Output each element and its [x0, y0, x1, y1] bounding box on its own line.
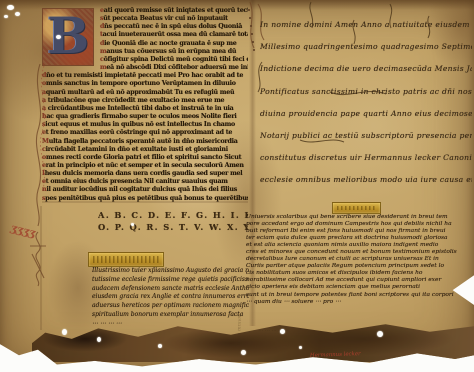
text-line: eiusdem gracia rex Anglie et contra innu… [92, 293, 249, 302]
damage-spot [56, 35, 61, 39]
text-line: ⋯ ⋯ ⋯ ⋯ [92, 320, 249, 329]
parchment-sheet: B eati quorū remisse sūt iniqtates et qu… [0, 0, 474, 372]
text-line: Illustrissimo tuier xp̄ianissimo Augusto… [92, 267, 249, 276]
gilt-heading-left [88, 252, 164, 267]
text-line: nil auditur iocūdius nil cogitatur dulci… [42, 186, 248, 194]
text-line: aduersus hereticos per optimam racionem … [92, 302, 249, 311]
text-line: ⋯ quam diu ⋯ soluere ⋯ pro ⋯ [246, 299, 470, 306]
alphabet-block: A. B. C. D. E. F. G. H. I. K. L. M. N. O… [98, 210, 248, 233]
text-line: Indictione decima die uero decimasecūda … [260, 58, 472, 80]
text-line: spiritualium bonorum exemplar innumerosa… [92, 311, 249, 320]
gilt-heading-right [332, 202, 381, 214]
damage-spot [280, 329, 285, 334]
text-line: Uniuersis scolaribus qui bene scribere s… [246, 214, 470, 221]
margin-scribble: ƷƷƷƷ [9, 223, 36, 242]
alphabet-row: O. P. Q. R. S. T. V. W. X. Y. Z. Ʒ. [98, 222, 248, 234]
psalm-text-block: B eati quorū remisse sūt iniqtates et qu… [42, 7, 248, 205]
damage-spot [4, 15, 8, 18]
text-line: In nomine domini Amen Anno a natiuitate … [260, 14, 472, 36]
text-line: sicut equus et mulus in quibus nō est in… [42, 121, 248, 129]
text-line: a circūdantibus me Intellectū tibi dabo … [42, 105, 248, 113]
dedication-text-block: Illustrissimo tuier xp̄ianissimo Augusto… [92, 267, 249, 330]
damage-spot [97, 337, 101, 342]
damage-spot [15, 12, 20, 16]
text-line: hac qua gradieris firmabo super te oculo… [42, 113, 248, 121]
text-line: ecclesie omnibus melioribus modo uia iur… [260, 169, 472, 191]
text-line: erat in principio et nūc et semper et in… [42, 162, 248, 170]
text-line: omnes recti corde Gloria patri et filio … [42, 154, 248, 162]
text-line: et omnia eius dulcis presencia Nil canit… [42, 178, 248, 186]
text-line: constitutus discretus uir Hermannus leck… [260, 147, 472, 169]
text-line: dn̄o et tu remisisti impietatē peccati m… [42, 72, 248, 80]
text-line: spes penitētibus quā pius es petētibus q… [42, 195, 248, 203]
text-line: tutissime ecclesie firmissime rege quiet… [92, 276, 249, 285]
initial-letter: B [43, 9, 93, 63]
text-line: diuina prouidencia pape quarti Anno eius… [260, 103, 472, 125]
damage-spot [377, 331, 383, 337]
damage-spot [131, 223, 134, 226]
text-line: aquarū multarū ad eū nō approximabūt Tu … [42, 89, 248, 97]
notarial-text-block: In nomine domini Amen Anno a natiuitate … [260, 14, 472, 194]
text-line: sunt ut in breui tempore potentes fiant … [246, 292, 470, 299]
damage-spot [241, 350, 246, 355]
scribal-advert-block: Uniuersis scolaribus qui bene scribere s… [246, 214, 470, 307]
text-line: et freno maxillas eorū cōstringe qui nō … [42, 129, 248, 137]
text-line: cicio aperiens eis debitam scienciam que… [246, 284, 470, 291]
text-line: audacem defensionem sancte matris eccles… [92, 285, 249, 294]
alphabet-row: A. B. C. D. E. F. G. H. I. K. L. M. N. [98, 210, 248, 222]
damage-spot [7, 5, 14, 10]
text-line: Pontificatus sanctissimi in christo patr… [260, 81, 472, 103]
damage-spot [62, 329, 67, 335]
damage-spot [158, 344, 162, 348]
damage-spot [299, 346, 302, 349]
text-line: Ihesu dulcis memoria dans uera cordis ga… [42, 170, 248, 178]
text-line: omnis sanctus in tempore oportuno Verūpt… [42, 80, 248, 88]
text-line: Notarij publici ac testiū subscriptorū p… [260, 125, 472, 147]
photograph-background: B eati quorū remisse sūt iniqtates et qu… [0, 0, 474, 372]
text-line: Millesimo quadringentesimo quadragesimo … [260, 36, 472, 58]
text-line: a tribulacōne que circūdedit me exultaci… [42, 97, 248, 105]
text-line: Multa flagella peccatoris sperantē autē … [42, 138, 248, 146]
illuminated-initial-b: B [42, 8, 94, 66]
text-line: circūdabit Letamini in dn̄o et exultate … [42, 146, 248, 154]
